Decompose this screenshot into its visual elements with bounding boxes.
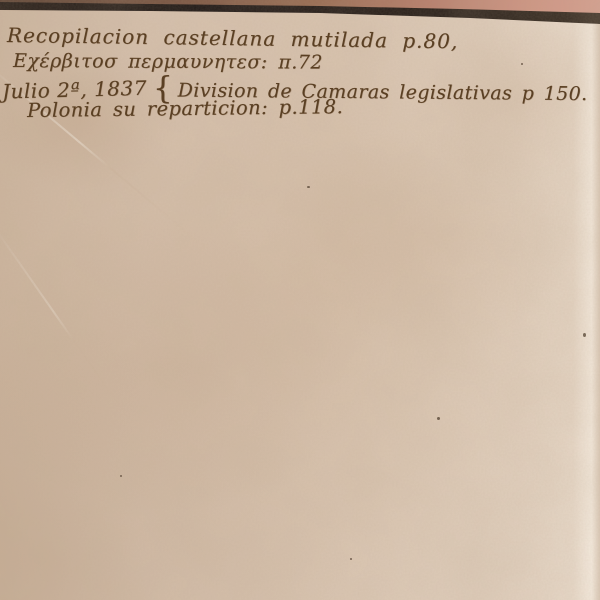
- paper-crease: [0, 222, 130, 420]
- paper-crease: [0, 60, 198, 242]
- paper-speck: [350, 558, 352, 560]
- paper-speck: [307, 186, 310, 188]
- paper-speck: [521, 63, 523, 65]
- paper-speck: [583, 333, 586, 337]
- paper-speck: [120, 475, 122, 477]
- paper-speck: [437, 417, 440, 420]
- book-endpaper-photo: Recopilacion castellana mutilada p.80, Ε…: [0, 0, 600, 600]
- aged-paper-page: [0, 0, 600, 600]
